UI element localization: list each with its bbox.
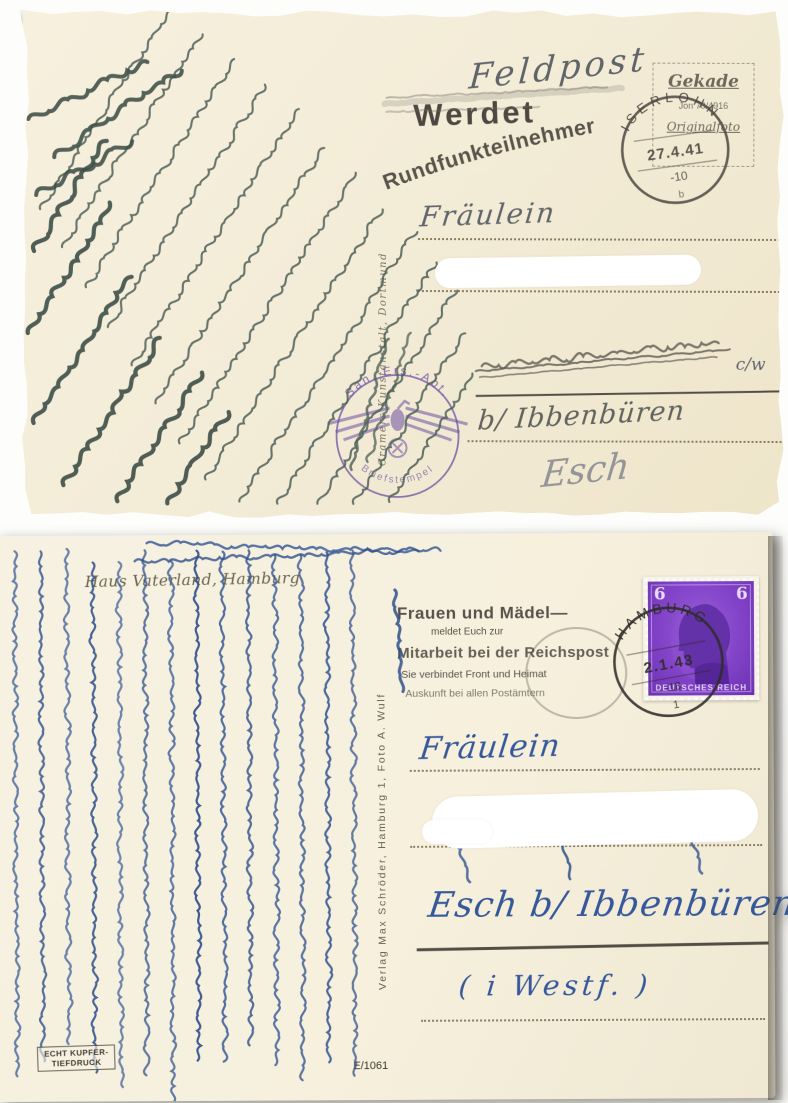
postmark-time: -18 bbox=[664, 680, 682, 695]
ink-stroke bbox=[349, 551, 358, 1076]
censor-stamp: San. Ers.-Abt. Briefstempel bbox=[307, 348, 489, 520]
postmark-iserlohn: ISERLOHN 27.4.41 -10 b bbox=[588, 66, 778, 248]
redaction-blob-bottom-tail bbox=[422, 819, 492, 843]
postmark-date: 2.1.43 bbox=[642, 651, 695, 677]
ink-stroke bbox=[165, 410, 231, 506]
address-line-rule bbox=[418, 238, 784, 241]
address-line1: Esch b/ Ibbenbüren bbox=[426, 884, 788, 926]
ink-stroke bbox=[272, 555, 281, 1065]
scan-edge-shadow bbox=[768, 536, 783, 1100]
postmark-town: ISERLOHN bbox=[614, 83, 726, 136]
print-technique-line2: TIEFDRUCK bbox=[44, 1057, 109, 1069]
ink-stroke bbox=[481, 339, 719, 371]
ink-stroke bbox=[63, 549, 73, 1044]
ink-stroke bbox=[129, 107, 302, 367]
address-line-rule bbox=[468, 440, 788, 443]
address-struck-suffix: c/w bbox=[736, 355, 766, 375]
ink-stroke bbox=[61, 336, 163, 487]
print-code: E/1061 bbox=[353, 1060, 388, 1072]
publisher-imprint-bottom: Verlag Max Schröder, Hamburg 1, Foto A. … bbox=[375, 618, 389, 990]
address-line-rule bbox=[421, 1018, 765, 1022]
svg-text:San. Ers.-Abt.: San. Ers.-Abt. bbox=[342, 363, 454, 400]
ink-stroke bbox=[297, 555, 306, 1080]
postmark-date: 27.4.41 bbox=[646, 140, 705, 165]
ink-stroke bbox=[323, 552, 332, 1062]
redaction-blob-top bbox=[435, 254, 701, 288]
ink-stroke bbox=[116, 562, 125, 1087]
ink-stroke bbox=[476, 349, 730, 373]
ink-stroke bbox=[34, 137, 134, 200]
svg-text:ISERLOHN: ISERLOHN bbox=[614, 83, 726, 136]
addressee-title-top: Fräulein bbox=[418, 196, 558, 234]
address-line-rule bbox=[418, 290, 788, 293]
ink-stroke bbox=[12, 551, 21, 1076]
ink-stroke bbox=[480, 356, 717, 378]
eagle-emblem-icon bbox=[327, 401, 467, 457]
ink-stroke bbox=[26, 59, 149, 122]
postmark-hamburg: HAMBURG 2.1.43 -18 1 bbox=[579, 576, 773, 754]
ink-stroke bbox=[31, 274, 133, 425]
ink-stroke bbox=[105, 83, 269, 329]
ink-stroke bbox=[89, 563, 99, 1073]
addressee-title-bottom: Fräulein bbox=[418, 728, 563, 767]
ink-stroke bbox=[168, 561, 177, 1101]
postcard-top: Feldpost Werdet Rundfunkteilnehmer Gekad… bbox=[21, 9, 784, 519]
censor-arc-top: San. Ers.-Abt. bbox=[342, 363, 454, 400]
postcard-bottom: Haus Vaterland, Hamburg Frauen und Mädel… bbox=[0, 532, 775, 1102]
postmark-town: HAMBURG bbox=[607, 591, 714, 644]
ink-stroke bbox=[59, 32, 204, 249]
address-place-top: b/ Ibbenbüren bbox=[476, 395, 686, 436]
print-technique-box: ECHT KUPFER- TIEFDRUCK bbox=[37, 1044, 116, 1072]
postmark-code: b bbox=[678, 189, 685, 201]
ink-stroke bbox=[51, 65, 183, 161]
address-name-below: Esch bbox=[539, 446, 631, 497]
censor-arc-bottom: Briefstempel bbox=[359, 463, 436, 486]
svg-text:Briefstempel: Briefstempel bbox=[359, 463, 436, 486]
ink-stroke bbox=[141, 550, 150, 1075]
ink-stroke bbox=[146, 540, 418, 554]
address-line-rule bbox=[410, 768, 760, 772]
ink-stroke bbox=[37, 9, 172, 211]
ink-stroke bbox=[153, 146, 326, 406]
ink-stroke bbox=[219, 552, 228, 1062]
ink-stroke bbox=[25, 202, 115, 335]
caption-title: Haus Vaterland, Hamburg bbox=[85, 569, 301, 591]
postmark-time: -10 bbox=[669, 168, 688, 184]
svg-text:Rundfunkteilnehmer: Rundfunkteilnehmer bbox=[380, 118, 597, 195]
postmark-district: 1 bbox=[672, 699, 680, 712]
ink-stroke bbox=[193, 551, 202, 1061]
ink-stroke bbox=[83, 58, 238, 290]
address-underline bbox=[476, 390, 788, 397]
ink-stroke bbox=[30, 138, 109, 253]
svg-text:HAMBURG: HAMBURG bbox=[607, 591, 714, 644]
scanned-postcards-background: Feldpost Werdet Rundfunkteilnehmer Gekad… bbox=[0, 0, 788, 1103]
address-line2: ( i Westf. ) bbox=[457, 969, 653, 1003]
ink-stroke bbox=[38, 551, 47, 1061]
ink-stroke bbox=[114, 370, 205, 504]
address-underline bbox=[417, 942, 769, 951]
ink-stroke bbox=[245, 550, 254, 1045]
ink-stroke bbox=[135, 546, 441, 564]
